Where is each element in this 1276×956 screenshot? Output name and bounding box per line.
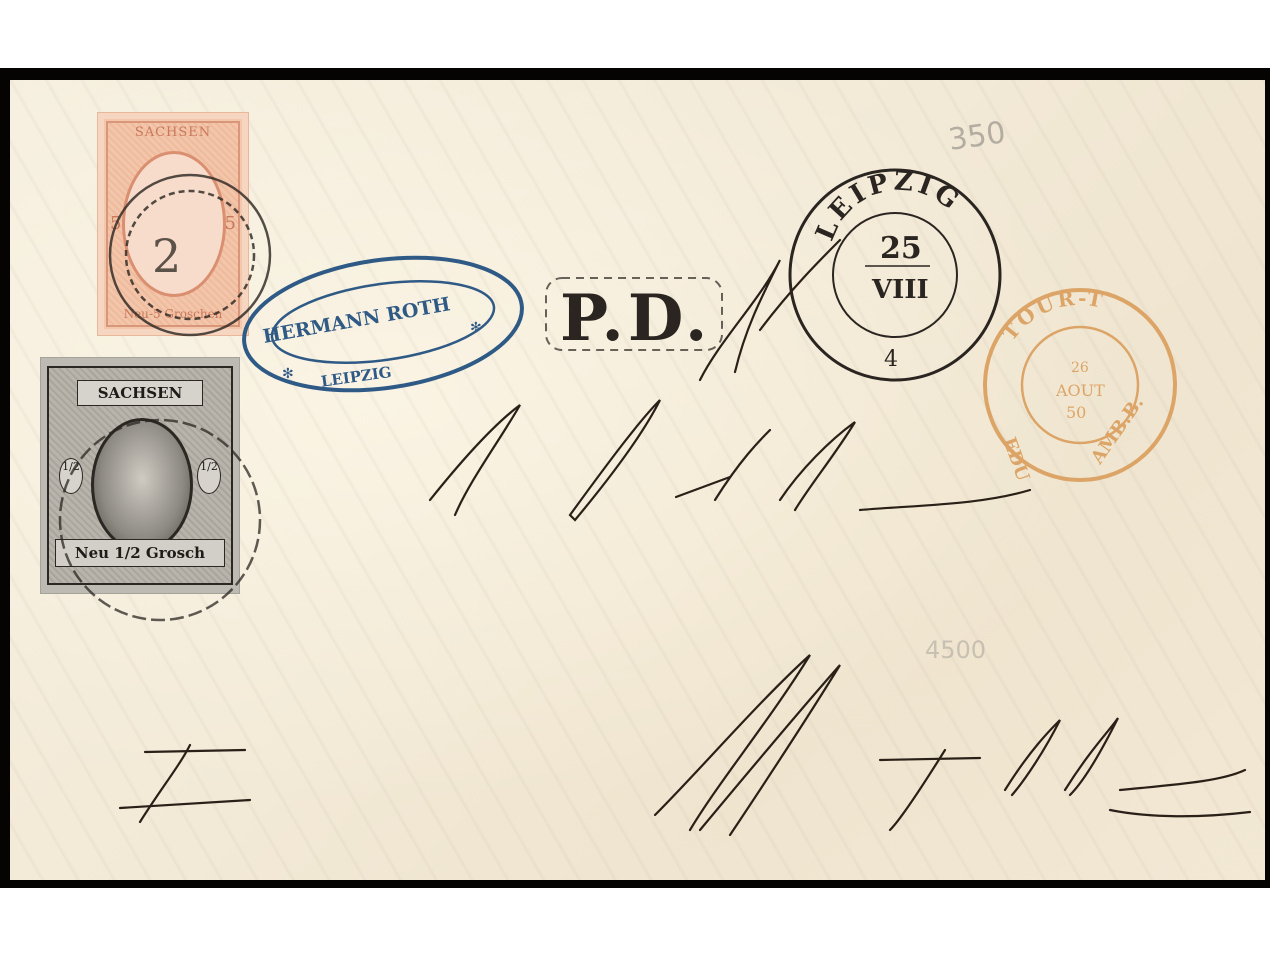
stamp-cancel-number: 2 xyxy=(152,229,181,283)
cachet-ornament-right: ✻ xyxy=(470,320,482,336)
red-cancel-year: 50 xyxy=(1066,403,1086,422)
pd-mark-text: P.D. xyxy=(560,281,711,356)
leipzig-month: VIII xyxy=(871,275,929,305)
pd-mark: P.D. xyxy=(546,278,722,356)
leipzig-bottom: 4 xyxy=(884,347,898,372)
red-cancel-left: EDU xyxy=(998,435,1033,485)
red-cancel-month: AOUT xyxy=(1055,381,1105,400)
pencil-note-center: 4500 xyxy=(925,636,986,664)
cachet-line1: HERMANN ROTH xyxy=(261,293,452,348)
stamp-cancel-ring-top xyxy=(110,175,270,335)
stamp-cancel-ring-bottom xyxy=(60,420,260,620)
address-city: Montpellier xyxy=(660,818,666,821)
pencil-note-top: 350 xyxy=(946,115,1008,158)
leipzig-day: 25 xyxy=(880,231,922,266)
leipzig-cancel: LEIPZIG 25 VIII 4 xyxy=(790,166,1000,380)
cover-markings: 2 HERMANN ROTH LEIPZIG ✻ ✻ P.D. LEIPZIG … xyxy=(0,0,1276,956)
french-entry-cancel: TOUR-T EDU AMB.B. 26 AOUT 50 xyxy=(985,286,1175,485)
cachet-ornament-left: ✻ xyxy=(282,366,294,382)
address-name: Jules Castelnau xyxy=(429,508,438,511)
cachet-line2: LEIPZIG xyxy=(320,363,393,391)
red-cancel-day: 26 xyxy=(1071,360,1089,376)
address-note: Franco xyxy=(130,799,134,801)
address-salutation: Monsieur xyxy=(710,371,715,373)
sender-cachet: HERMANN ROTH LEIPZIG ✻ ✻ xyxy=(235,241,530,407)
